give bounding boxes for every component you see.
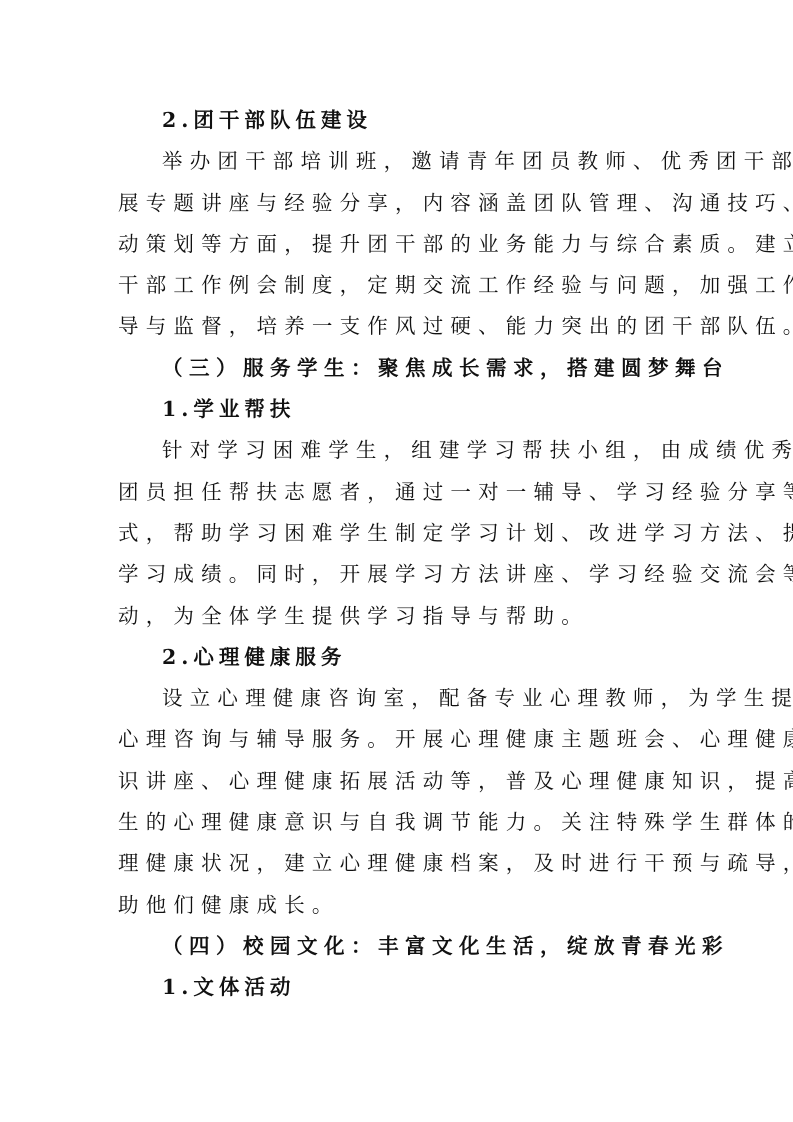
paragraph-line: 举办团干部培训班，邀请青年团员教师、优秀团干部开 bbox=[118, 141, 674, 182]
paragraph-line: 团员担任帮扶志愿者，通过一对一辅导、学习经验分享等方 bbox=[118, 472, 674, 513]
subheading-arts-sports: 1.文体活动 bbox=[118, 967, 674, 1008]
paragraph-line: 式，帮助学习困难学生制定学习计划、改进学习方法、提高 bbox=[118, 513, 674, 554]
paragraph-line: 生的心理健康意识与自我调节能力。关注特殊学生群体的心 bbox=[118, 802, 674, 843]
paragraph-line: 助他们健康成长。 bbox=[118, 885, 674, 926]
subheading-mental-health: 2.心理健康服务 bbox=[118, 637, 674, 678]
paragraph-line: 设立心理健康咨询室，配备专业心理教师，为学生提供 bbox=[118, 678, 674, 719]
paragraph-line: 理健康状况，建立心理健康档案，及时进行干预与疏导，帮 bbox=[118, 843, 674, 884]
paragraph-line: 干部工作例会制度，定期交流工作经验与问题，加强工作指 bbox=[118, 265, 674, 306]
paragraph-line: 导与监督，培养一支作风过硬、能力突出的团干部队伍。 bbox=[118, 306, 674, 347]
paragraph-line: 展专题讲座与经验分享，内容涵盖团队管理、沟通技巧、活 bbox=[118, 183, 674, 224]
paragraph-line: 针对学习困难学生，组建学习帮扶小组，由成绩优秀的 bbox=[118, 430, 674, 471]
paragraph-line: 动，为全体学生提供学习指导与帮助。 bbox=[118, 596, 674, 637]
paragraph-line: 心理咨询与辅导服务。开展心理健康主题班会、心理健康知 bbox=[118, 719, 674, 760]
heading-serve-students: （三）服务学生：聚焦成长需求，搭建圆梦舞台 bbox=[118, 348, 674, 389]
document-page: 2.团干部队伍建设 举办团干部培训班，邀请青年团员教师、优秀团干部开 展专题讲座… bbox=[118, 100, 674, 1009]
paragraph-line: 动策划等方面，提升团干部的业务能力与综合素质。建立团 bbox=[118, 224, 674, 265]
paragraph-line: 识讲座、心理健康拓展活动等，普及心理健康知识，提高学 bbox=[118, 761, 674, 802]
heading-campus-culture: （四）校园文化：丰富文化生活，绽放青春光彩 bbox=[118, 926, 674, 967]
paragraph-line: 学习成绩。同时，开展学习方法讲座、学习经验交流会等活 bbox=[118, 554, 674, 595]
subheading-academic-support: 1.学业帮扶 bbox=[118, 389, 674, 430]
subheading-cadre-team: 2.团干部队伍建设 bbox=[118, 100, 674, 141]
